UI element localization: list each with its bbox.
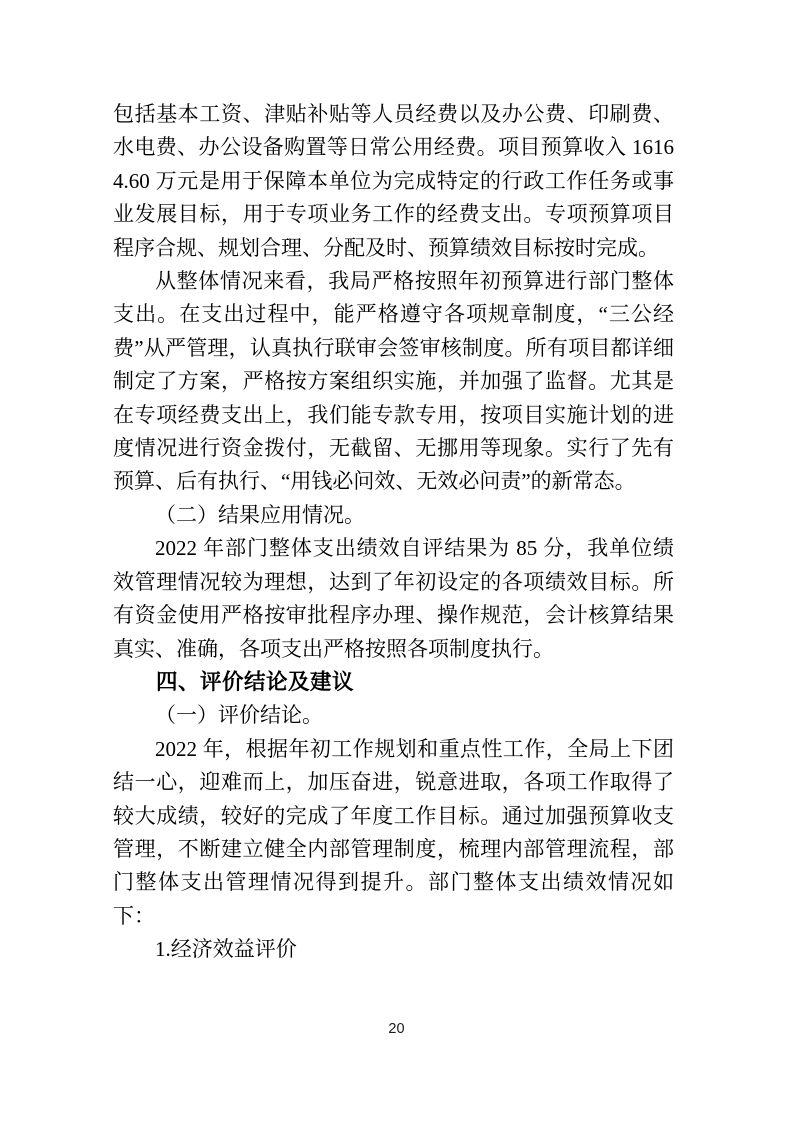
page-footer: 20: [0, 1020, 793, 1038]
body-paragraph: 从整体情况来看，我局严格按照年初预算进行部门整体支出。在支出过程中，能严格遵守各…: [113, 265, 674, 499]
body-paragraph: 2022 年，根据年初工作规划和重点性工作，全局上下团结一心，迎难而上，加压奋进…: [113, 733, 674, 933]
page-content: 包括基本工资、津贴补贴等人员经费以及办公费、印刷费、水电费、办公设备购置等日常公…: [113, 98, 674, 967]
body-paragraph: （一）评价结论。: [113, 699, 674, 732]
body-paragraph: 包括基本工资、津贴补贴等人员经费以及办公费、印刷费、水电费、办公设备购置等日常公…: [113, 98, 674, 265]
body-paragraph: （二）结果应用情况。: [113, 499, 674, 532]
body-paragraph: 2022 年部门整体支出绩效自评结果为 85 分，我单位绩效管理情况较为理想，达…: [113, 532, 674, 666]
page-number: 20: [388, 1021, 404, 1037]
document-page: 包括基本工资、津贴补贴等人员经费以及办公费、印刷费、水电费、办公设备购置等日常公…: [0, 0, 793, 1122]
section-heading: 四、评价结论及建议: [113, 666, 674, 699]
body-paragraph: 1.经济效益评价: [113, 933, 674, 966]
